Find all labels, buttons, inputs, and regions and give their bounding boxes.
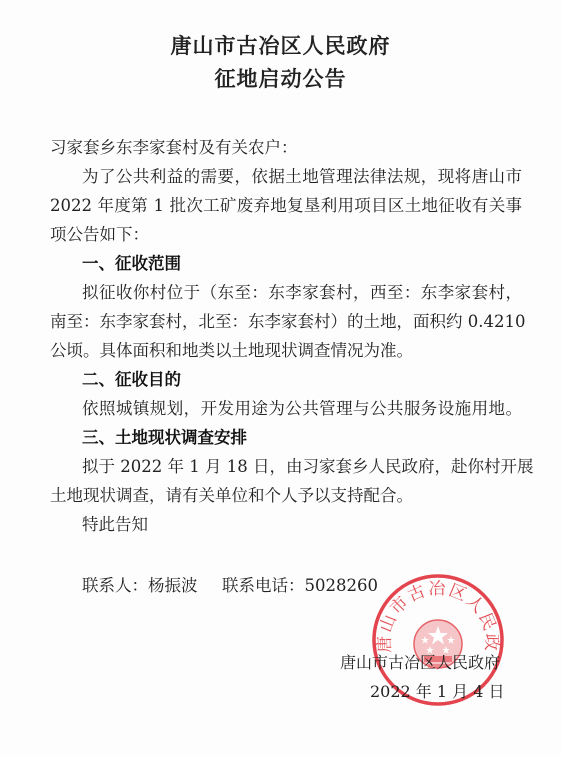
salutation: 习家套乡东李家套村及有关农户： (50, 134, 298, 158)
signature-date: 2022 年 1 月 4 日 (370, 679, 505, 702)
section-heading-survey: 三、土地现状调查安排 (82, 424, 247, 448)
intro-line-2: 2022 年度第 1 批次工矿废弃地复垦利用项目区土地征收有关事 (50, 192, 522, 216)
intro-line-1: 为了公共利益的需要，依据土地管理法律法规，现将唐山市 (82, 163, 522, 187)
document-page: 唐山市古冶区人民政府 征地启动公告 习家套乡东李家套村及有关农户： 为了公共利益… (0, 0, 561, 757)
closing-text: 特此告知 (82, 511, 148, 535)
contact-line: 联系人：杨振波 联系电话：5028260 (82, 572, 378, 596)
section-survey-line-2: 土地现状调查，请有关单位和个人予以支持配合。 (50, 482, 413, 506)
contact-phone: 5028260 (305, 576, 379, 595)
section-purpose-line-1: 依照城镇规划，开发用途为公共管理与公共服务设施用地。 (82, 395, 522, 419)
contact-phone-label: 联系电话： (222, 576, 305, 595)
section-scope-line-3: 公顷。具体面积和地类以土地现状调查情况为准。 (50, 337, 413, 361)
section-heading-purpose: 二、征收目的 (82, 366, 181, 390)
document-title-issuer: 唐山市古冶区人民政府 (0, 30, 561, 60)
signature-issuer: 唐山市古冶区人民政府 (340, 650, 500, 673)
contact-person-label: 联系人： (82, 576, 148, 595)
contact-person: 杨振波 (148, 576, 198, 595)
document-title-subject: 征地启动公告 (0, 63, 561, 93)
section-heading-scope: 一、征收范围 (82, 250, 181, 274)
section-scope-line-1: 拟征收你村位于（东至：东李家套村，西至：东李家套村， (82, 279, 522, 303)
section-scope-line-2: 南至：东李家套村，北至：东李家套村）的土地，面积约 0.4210 (50, 308, 522, 332)
section-survey-line-1: 拟于 2022 年 1 月 18 日，由习家套乡人民政府，赴你村开展 (82, 453, 522, 477)
intro-line-3: 项公告如下： (50, 221, 149, 245)
